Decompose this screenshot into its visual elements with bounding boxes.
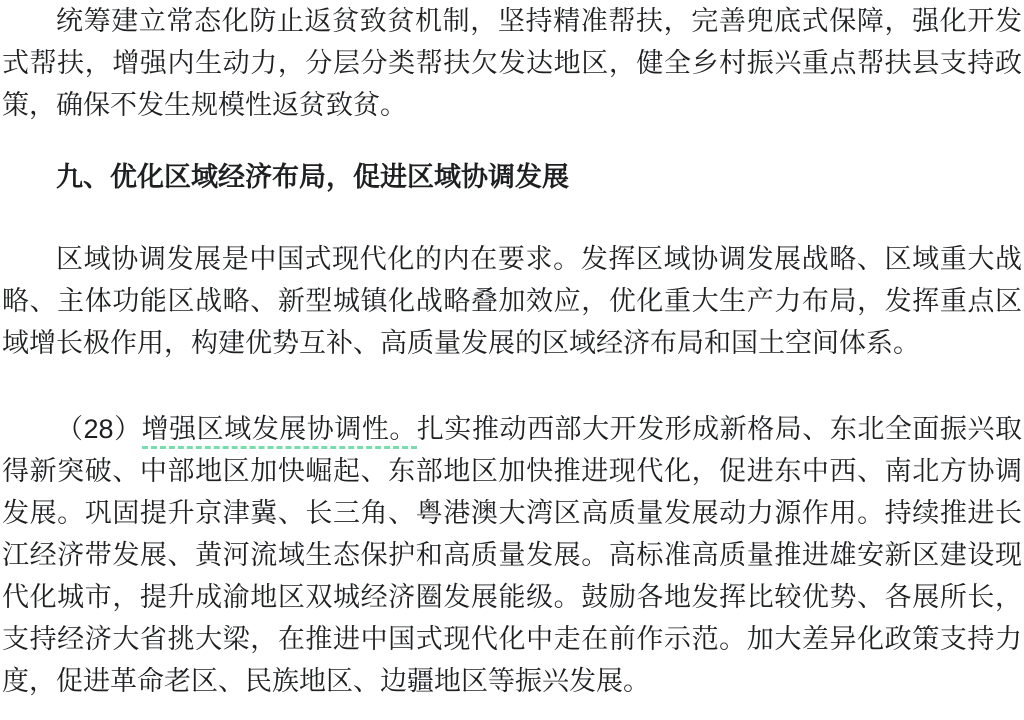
paragraph-item-28: （28）增强区域发展协调性。扎实推动西部大开发形成新格局、东北全面振兴取得新突破…: [2, 408, 1022, 702]
item-28-body-text: 扎实推动西部大开发形成新格局、东北全面振兴取得新突破、中部地区加快崛起、东部地区…: [2, 414, 1022, 696]
paragraph-regional-intro: 区域协调发展是中国式现代化的内在要求。发挥区域协调发展战略、区域重大战略、主体功…: [2, 238, 1022, 364]
paragraph-poverty-prevention: 统筹建立常态化防止返贫致贫机制，坚持精准帮扶，完善兜底式保障，强化开发式帮扶，增…: [2, 0, 1022, 126]
section-heading-nine: 九、优化区域经济布局，促进区域协调发展: [2, 156, 1022, 198]
item-28-number: （28）: [56, 414, 142, 444]
document-body: 统筹建立常态化防止返贫致贫机制，坚持精准帮扶，完善兜底式保障，强化开发式帮扶，增…: [0, 0, 1024, 702]
item-28-key-phrase-annotation[interactable]: 增强区域发展协调性。: [142, 414, 417, 449]
